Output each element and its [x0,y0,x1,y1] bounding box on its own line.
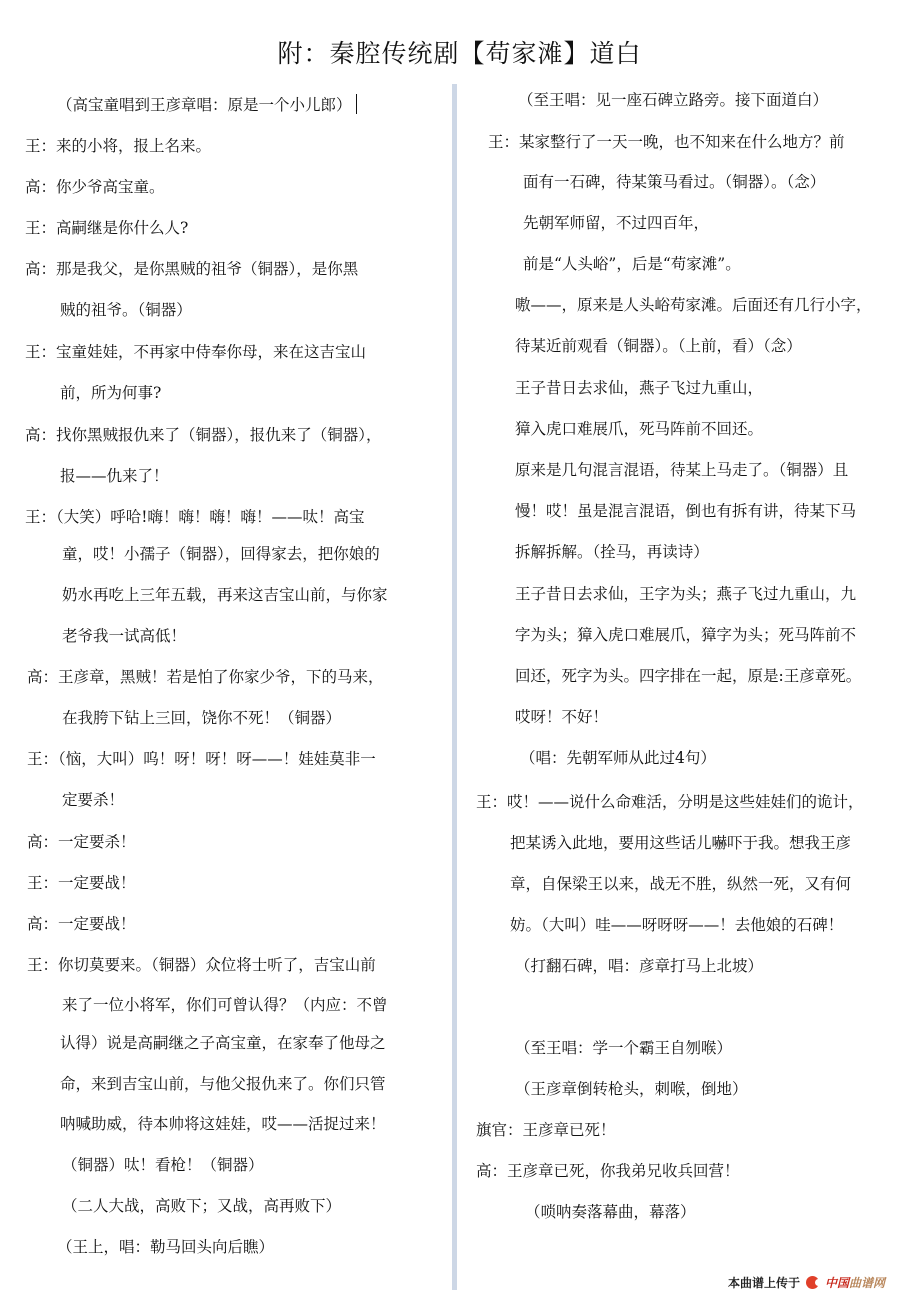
text-line: （铜器）呔！看枪！（铜器） [62,1155,264,1175]
text-line: （王上，唱：勒马回头向后瞧） [57,1237,274,1257]
text-line: 獐入虎口难展爪，死马阵前不回还。 [515,419,763,439]
text-line: 贼的祖爷。（铜器） [60,300,192,320]
text-line: 把某诱入此地，要用这些话儿嚇吓于我。想我王彦 [510,833,851,853]
site-logo-icon [806,1276,819,1289]
text-line: （唱：先朝军师从此过4句） [520,748,716,768]
text-line: 高：王彦章，黑贼！若是怕了你家少爷，下的马来， [27,667,384,687]
text-line: 哎呀！不好！ [515,707,608,727]
text-line: 旗官：王彦章已死！ [476,1120,616,1140]
text-line: 王：哎！——说什么命难活，分明是这些娃娃们的诡计， [476,792,864,812]
text-line: 高：一定要杀！ [27,832,136,852]
text-line: 在我胯下钻上三回，饶你不死！（铜器） [62,708,341,728]
text-line: 王：高嗣继是你什么人? [25,218,188,238]
text-line: 王：（恼，大叫）呜！呀！呀！呀——！娃娃莫非一 [27,749,376,769]
text-line: （王彦章倒转枪头，刺喉，倒地） [515,1079,748,1099]
text-line: 命，来到吉宝山前，与他父报仇来了。你们只管 [60,1074,386,1094]
text-line: （至王唱：学一个霸王自刎喉） [515,1038,732,1058]
text-line: 王：一定要战！ [27,873,136,893]
text-line: 王：来的小将，报上名来。 [25,136,211,156]
text-line: 面有一石碑，待某策马看过。（铜器）。（念） [523,172,825,192]
text-line: 王子昔日去求仙，燕子飞过九重山， [515,378,763,398]
text-line: 来了一位小将军，你们可曾认得？（内应：不曾 [62,995,388,1015]
page-title: 附：秦腔传统剧【苟家滩】道白 [0,34,919,70]
text-line: 前是“人头峪”，后是“苟家滩”。 [523,254,741,274]
text-line: （二人大战，高败下；又战，高再败下） [62,1196,341,1216]
text-line: 王：（大笑）呼哈!嗨！嗨！嗨！嗨！——呔！高宝 [25,507,364,527]
text-line: 高：找你黑贼报仇来了（铜器），报仇来了（铜器）， [25,425,382,445]
text-line: 高：你少爷高宝童。 [25,177,165,197]
text-line: （唢呐奏落幕曲，幕落） [525,1202,696,1222]
text-line: 王子昔日去求仙，王字为头；燕子飞过九重山，九 [515,584,856,604]
text-line: 拆解拆解。（拴马，再读诗） [515,542,709,562]
text-line: （高宝童唱到王彦章唱：原是一个小儿郎） [57,94,357,115]
site-logo-text-1: 中国 [825,1274,849,1291]
text-line: 高：王彦章已死，你我弟兄收兵回营！ [476,1161,740,1181]
text-line: 童，哎！小孺子（铜器），回得家去，把你娘的 [62,544,380,564]
text-line: 慢！哎！虽是混言混语，倒也有拆有讲，待某下马 [515,501,856,521]
text-line: 呐喊助威，待本帅将这娃娃，哎——活捉过来！ [60,1114,386,1134]
text-line: （打翻石碑，唱：彦章打马上北坡） [515,956,763,976]
column-divider [452,84,457,1290]
text-cursor [356,94,357,114]
text-line: 嗷——，原来是人头峪苟家滩。后面还有几行小字， [515,295,872,315]
text-line: 奶水再吃上三年五载，再来这吉宝山前，与你家 [62,585,388,605]
text-line: 字为头；獐入虎口难展爪，獐字为头；死马阵前不 [515,625,856,645]
text-line: 前，所为何事? [60,383,161,403]
text-line: 先朝军师留，不过四百年， [523,213,709,233]
text-line: 定要杀！ [62,790,124,810]
text-line: 妨。（大叫）哇——呀呀呀——！去他娘的石碑！ [510,915,843,935]
text-line: 老爷我一试高低！ [62,626,186,646]
text-line: 报——仇来了！ [60,466,169,486]
text-line: 原来是几句混言混语，待某上马走了。（铜器）且 [515,460,848,480]
text-line: 回还，死字为头。四字排在一起，原是:王彦章死。 [515,666,861,686]
text-line: 认得）说是高嗣继之子高宝童，在家奉了他母之 [60,1033,386,1053]
text-line: （至王唱：见一座石碑立路旁。接下面道白） [518,90,828,110]
upload-credit-text: 本曲谱上传于 [728,1274,800,1291]
text-line: 章，自保梁王以来，战无不胜，纵然一死，又有何 [510,874,851,894]
text-line: 高：那是我父，是你黑贼的祖爷（铜器），是你黑 [25,259,358,279]
text-line: 高：一定要战！ [27,914,136,934]
text-line: 王：你切莫要来。（铜器）众位将士听了，吉宝山前 [27,955,376,975]
text-line: 王：某家整行了一天一晚，也不知来在什么地方？前 [488,132,845,152]
text-line: 待某近前观看（铜器）。（上前，看）（念） [515,336,802,356]
site-logo-text-2: 曲谱网 [849,1274,885,1291]
text-line: 王：宝童娃娃，不再家中侍奉你母，来在这吉宝山 [25,342,366,362]
footer-credit: 本曲谱上传于 中国曲谱网 [728,1274,885,1291]
